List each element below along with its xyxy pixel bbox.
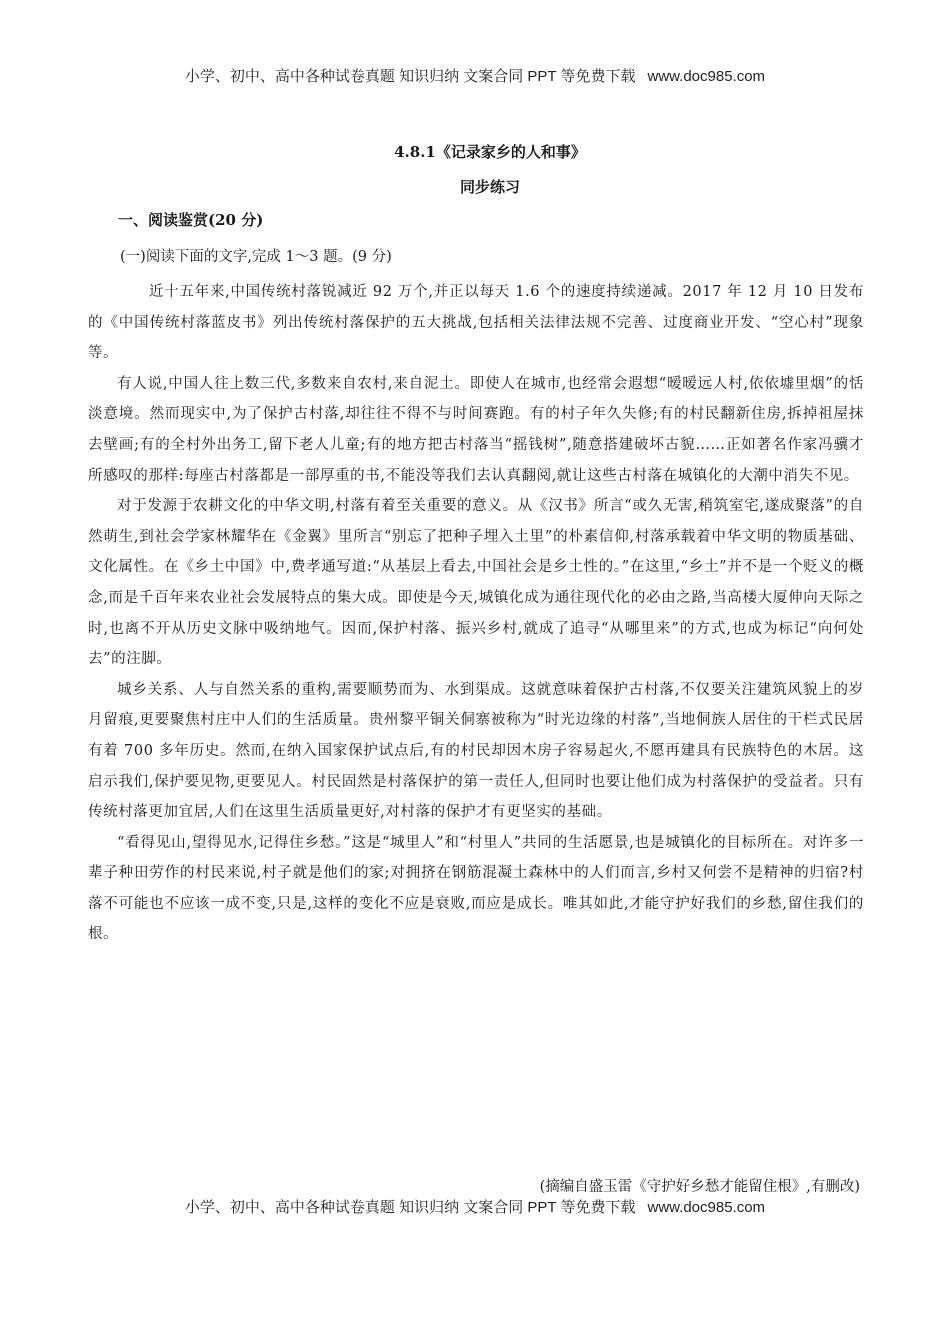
question-instruction: (一)阅读下面的文字,完成 1～3 题。(9 分) <box>120 245 392 266</box>
header-banner: 小学、初中、高中各种试卷真题 知识归纳 文案合同 PPT 等免费下载www.do… <box>0 65 950 86</box>
section-heading: 一、阅读鉴赏(20 分) <box>118 209 263 230</box>
paragraph: 对于发源于农耕文化的中华文明,村落有着至关重要的意义。从《汉书》所言“或久无害,… <box>88 491 864 675</box>
document-title: 4.8.1《记录家乡的人和事》 <box>0 141 950 162</box>
banner-text: 小学、初中、高中各种试卷真题 知识归纳 文案合同 PPT 等免费下载 <box>185 1199 636 1216</box>
banner-text: 小学、初中、高中各种试卷真题 知识归纳 文案合同 PPT 等免费下载 <box>185 68 636 85</box>
paragraph: “看得见山,望得见水,记得住乡愁。”这是“城里人”和“村里人”共同的生活愿景,也… <box>88 828 864 950</box>
paragraph: 城乡关系、人与自然关系的重构,需要顺势而为、水到渠成。这就意味着保护古村落,不仅… <box>88 675 864 828</box>
banner-url[interactable]: www.doc985.com <box>648 1199 766 1216</box>
paragraph: 近十五年来,中国传统村落锐减近 92 万个,并正以每天 1.6 个的速度持续递减… <box>88 277 864 369</box>
reading-passage: 近十五年来,中国传统村落锐减近 92 万个,并正以每天 1.6 个的速度持续递减… <box>88 277 864 950</box>
document-subtitle: 同步练习 <box>0 176 950 197</box>
footer-banner: 小学、初中、高中各种试卷真题 知识归纳 文案合同 PPT 等免费下载www.do… <box>0 1196 950 1217</box>
source-citation: (摘编自盛玉雷《守护好乡愁才能留住根》,有删改) <box>540 1175 860 1196</box>
banner-url[interactable]: www.doc985.com <box>648 68 766 85</box>
paragraph: 有人说,中国人往上数三代,多数来自农村,来自泥土。即使人在城市,也经常会遐想“暧… <box>88 369 864 491</box>
